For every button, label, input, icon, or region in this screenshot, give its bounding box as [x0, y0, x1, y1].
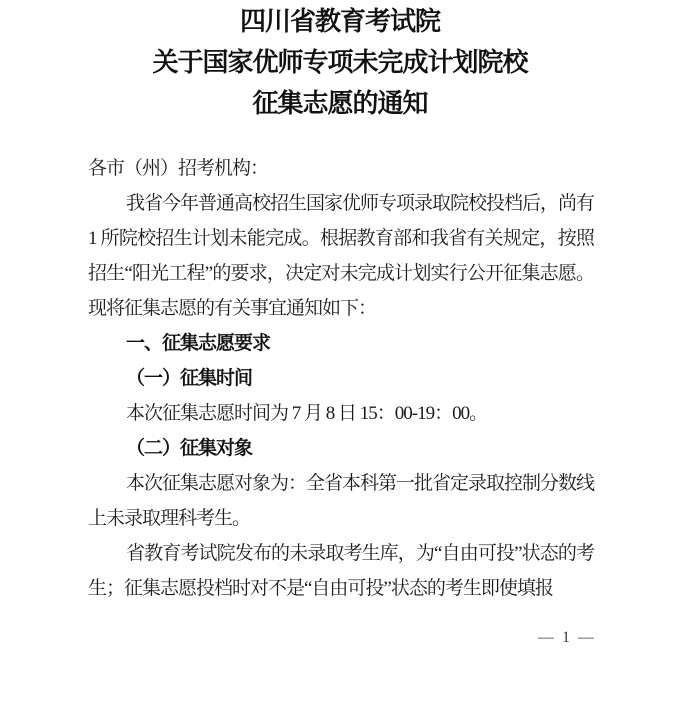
section-1-2-paragraph-2: 省教育考试院发布的未录取考生库，为“自由可投”状态的考生；征集志愿投档时对不是“… — [88, 536, 594, 606]
page-number: — 1 — — [538, 629, 596, 647]
salutation: 各市（州）招考机构： — [88, 151, 594, 186]
section-1-2-heading: （二）征集对象 — [88, 431, 594, 466]
document-body: 各市（州）招考机构： 我省今年普通高校招生国家优师专项录取院校投档后，尚有 1 … — [88, 151, 594, 606]
document-page: 四川省教育考试院 关于国家优师专项未完成计划院校 征集志愿的通知 各市（州）招考… — [0, 0, 680, 713]
title-line-3: 征集志愿的通知 — [0, 83, 680, 124]
document-title: 四川省教育考试院 关于国家优师专项未完成计划院校 征集志愿的通知 — [0, 0, 680, 124]
title-line-2: 关于国家优师专项未完成计划院校 — [0, 42, 680, 83]
section-1-1-heading: （一）征集时间 — [88, 361, 594, 396]
intro-paragraph: 我省今年普通高校招生国家优师专项录取院校投档后，尚有 1 所院校招生计划未能完成… — [88, 186, 594, 326]
section-1-2-paragraph-1: 本次征集志愿对象为：全省本科第一批省定录取控制分数线上未录取理科考生。 — [88, 466, 594, 536]
section-1-heading: 一、征集志愿要求 — [88, 326, 594, 361]
title-line-1: 四川省教育考试院 — [0, 1, 680, 42]
section-1-1-paragraph: 本次征集志愿时间为 7 月 8 日 15：00-19：00。 — [88, 396, 594, 431]
